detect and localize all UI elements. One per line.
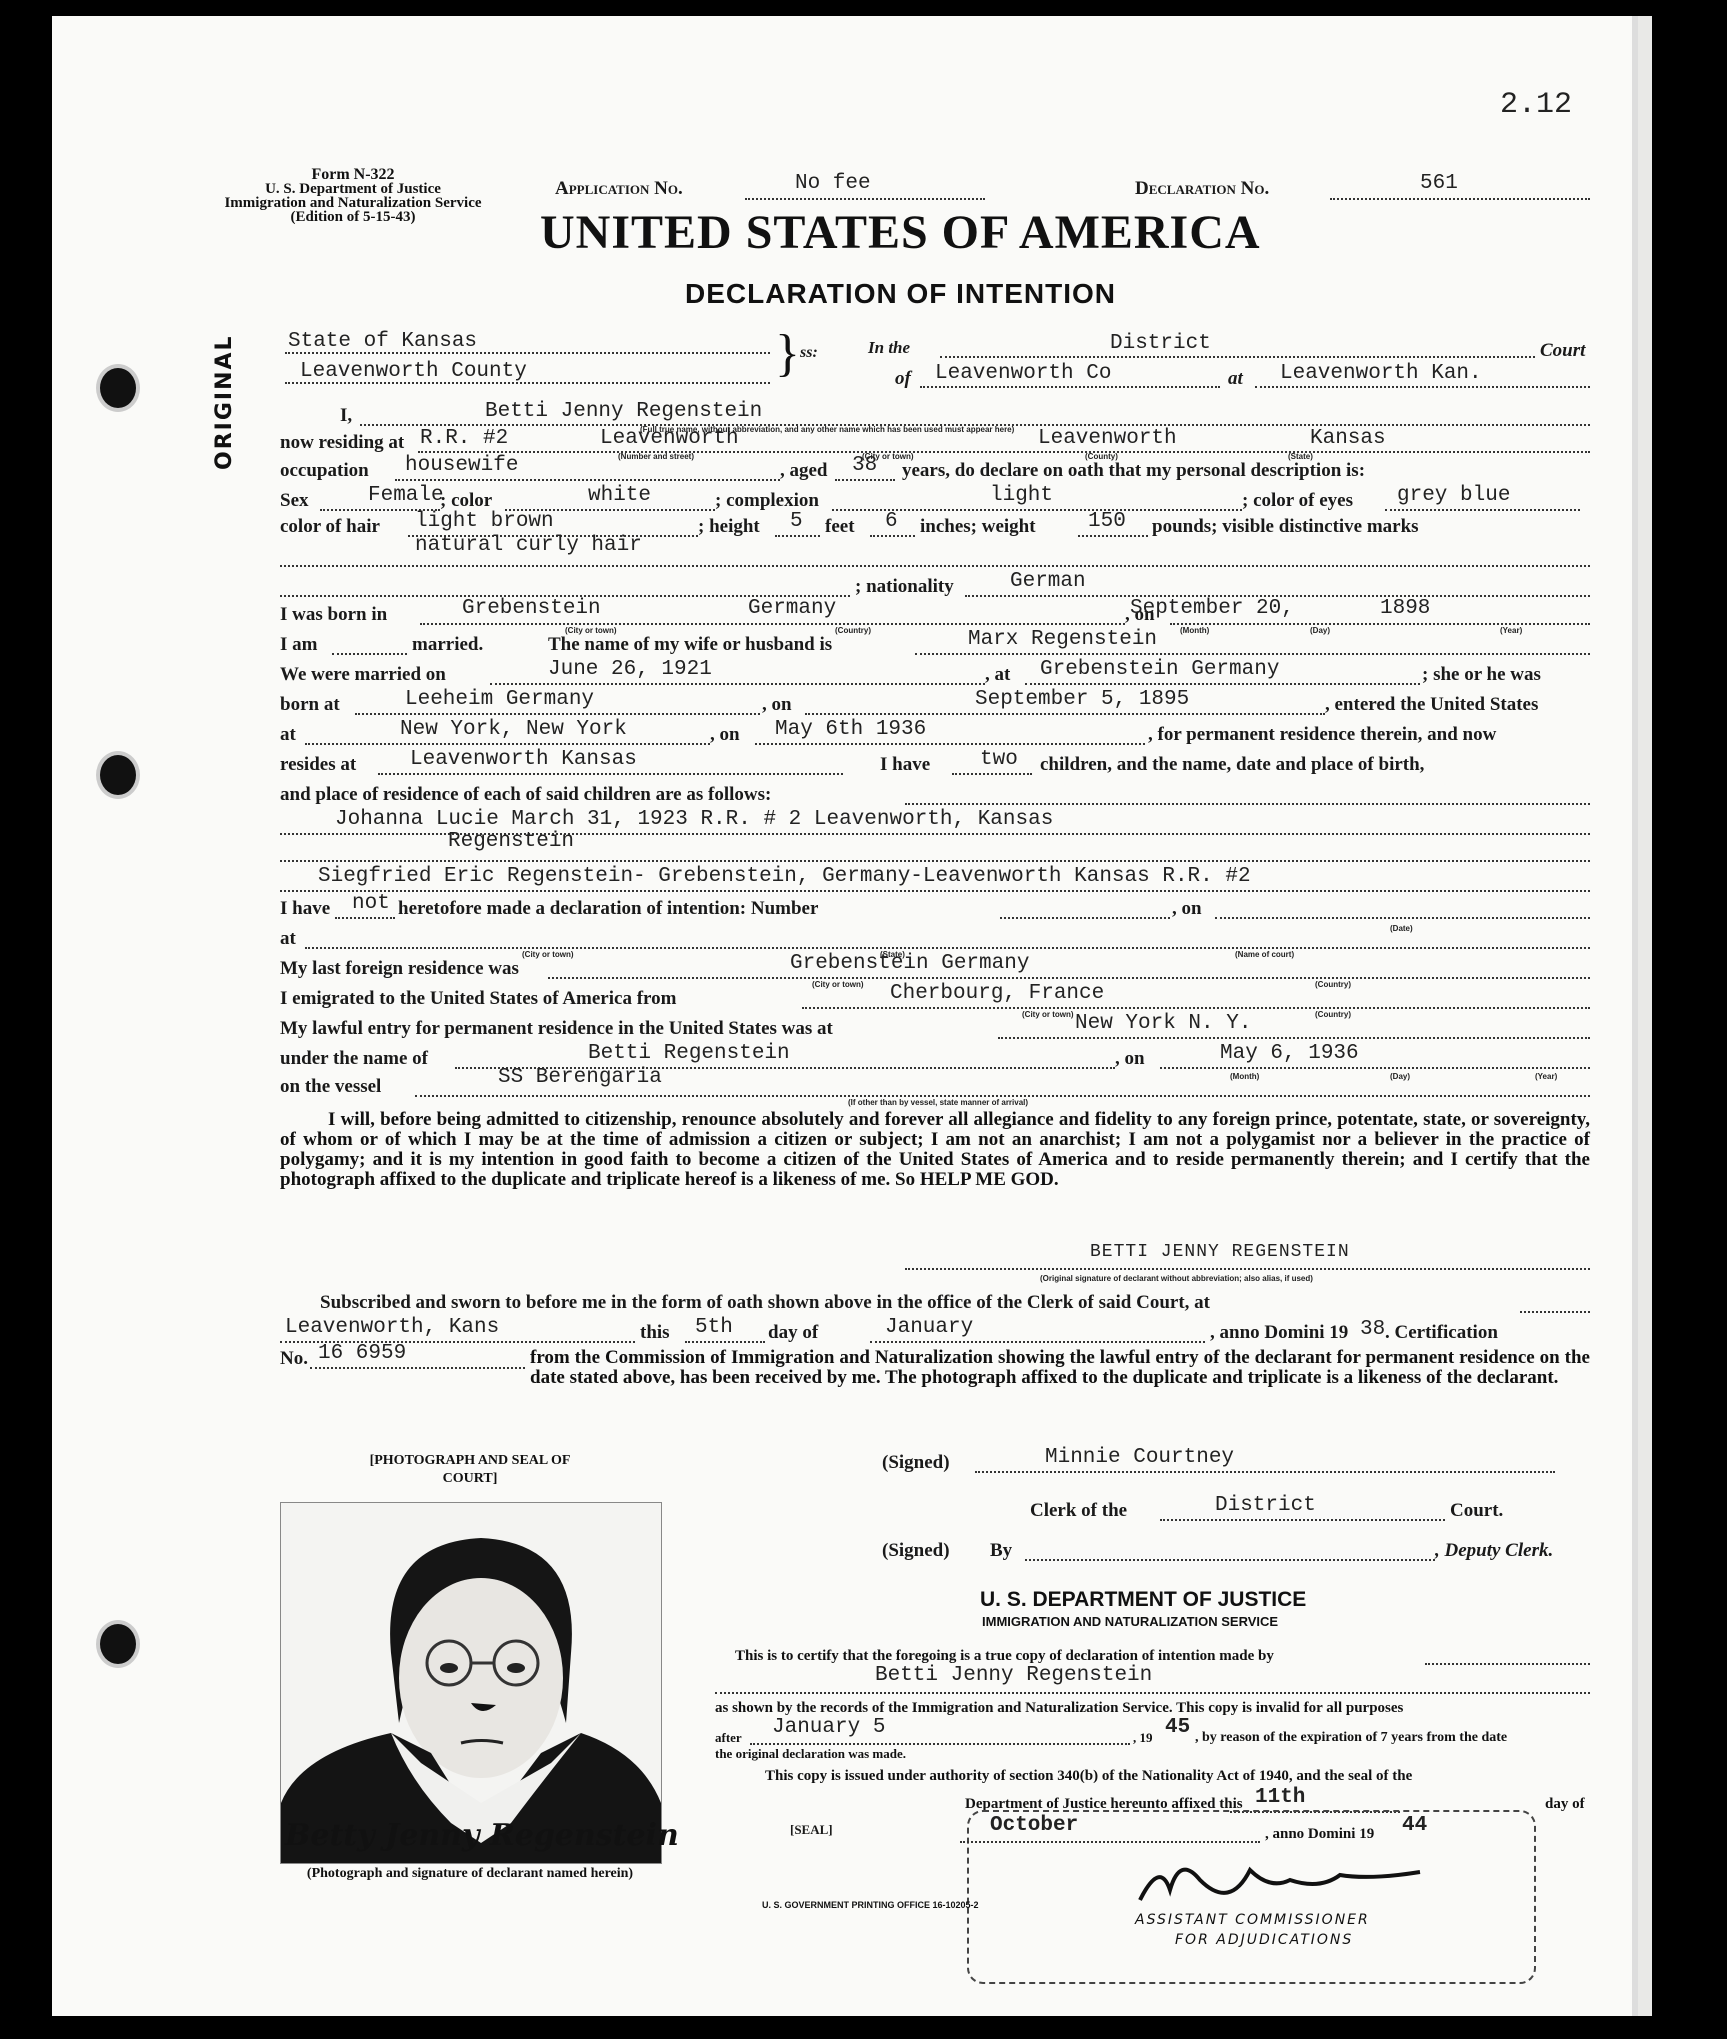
stamp-line-1: ASSISTANT COMMISSIONER [1135, 1912, 1370, 1928]
birth-date: September 20, [1130, 597, 1294, 620]
spouse-birth-date: September 5, 1895 [975, 688, 1189, 711]
last-foreign-residence: Grebenstein Germany [790, 952, 1029, 975]
spouse-entry-date: May 6th 1936 [775, 718, 926, 741]
residence-street: R.R. #2 [420, 427, 508, 450]
document-title: UNITED STATES OF AMERICA [540, 205, 1261, 260]
complexion: light [990, 484, 1053, 507]
residence-city: Leavenworth [600, 427, 739, 450]
vessel-name: SS Berengaria [498, 1066, 662, 1089]
printing-office-note: U. S. GOVERNMENT PRINTING OFFICE 16-1020… [762, 1900, 979, 1910]
distinctive-marks: natural curly hair [415, 534, 642, 557]
sworn-year: 38 [1360, 1318, 1385, 1341]
spouse-residence: Leavenworth Kansas [410, 748, 637, 771]
sworn-place: Leavenworth, Kans [285, 1316, 499, 1339]
punch-hole [100, 368, 136, 408]
children-count: two [980, 748, 1018, 771]
court-of: Leavenworth Co [935, 362, 1111, 385]
child-2: Siegfried Eric Regenstein- Grebenstein, … [318, 865, 1251, 888]
sex: Female [368, 484, 444, 507]
form-header: Form N-322 U. S. Department of Justice I… [188, 168, 518, 224]
certification-number: 16 6959 [318, 1342, 406, 1365]
nationality: German [1010, 570, 1086, 593]
document-subtitle: DECLARATION OF INTENTION [685, 278, 1116, 310]
application-number: No fee [795, 172, 871, 195]
sworn-day: 5th [695, 1316, 733, 1339]
age: 38 [852, 454, 877, 477]
declarant-photograph [280, 1502, 662, 1864]
certification-text: from the Commission of Immigration and N… [530, 1348, 1590, 1388]
occupation: housewife [405, 454, 518, 477]
hair-color: light brown [415, 510, 554, 533]
height-feet: 5 [790, 510, 803, 533]
spouse-birth-place: Leeheim Germany [405, 688, 594, 711]
spouse-name: Marx Regenstein [968, 628, 1157, 651]
entry-date: May 6, 1936 [1220, 1042, 1359, 1065]
residence-county: Leavenworth [1038, 427, 1177, 450]
birth-year: 1898 [1380, 597, 1430, 620]
photo-caption-bottom: (Photograph and signature of declarant n… [305, 1866, 635, 1881]
declarant-signature: BETTI JENNY REGENSTEIN [1090, 1242, 1350, 1262]
entry-name: Betti Regenstein [588, 1042, 790, 1065]
certification-service: IMMIGRATION AND NATURALIZATION SERVICE [982, 1614, 1278, 1629]
spouse-entry-place: New York, New York [400, 718, 627, 741]
clerk-signature: Minnie Courtney [1045, 1446, 1234, 1469]
photo-signature: Betty Jenny Regenstein [285, 1818, 679, 1853]
invalid-after-year: 45 [1165, 1716, 1190, 1739]
entry-place: New York N. Y. [1075, 1012, 1251, 1035]
residence-state: Kansas [1310, 427, 1386, 450]
form-number: Form N-322 [188, 168, 518, 182]
ss-label: ss: [800, 344, 818, 362]
certification-year: 44 [1402, 1814, 1427, 1837]
venue-state: State of Kansas [288, 330, 477, 353]
court-at: Leavenworth Kan. [1280, 362, 1482, 385]
certification-day: 11th [1255, 1786, 1305, 1809]
oath-text: I will, before being admitted to citizen… [280, 1110, 1590, 1190]
child-1-surname: Regenstein [448, 830, 574, 853]
certification-name: Betti Jenny Regenstein [875, 1664, 1152, 1687]
commissioner-signature [1130, 1850, 1430, 1910]
color: white [588, 484, 651, 507]
certification-month: October [990, 1814, 1078, 1837]
court-type: District [1110, 332, 1211, 355]
certification-dept: U. S. DEPARTMENT OF JUSTICE [980, 1588, 1306, 1612]
application-label: Application No. [555, 178, 683, 200]
stamp-line-2: FOR ADJUDICATIONS [1175, 1932, 1353, 1948]
clerk-court: District [1215, 1494, 1316, 1517]
prior-declaration-status: not [352, 892, 390, 915]
declaration-number: 561 [1420, 172, 1458, 195]
birth-country: Germany [748, 597, 836, 620]
child-1: Johanna Lucie March 31, 1923 R.R. # 2 Le… [335, 808, 1053, 831]
form-department: U. S. Department of Justice [188, 182, 518, 196]
venue-county: Leavenworth County [300, 360, 527, 383]
marriage-place: Grebenstein Germany [1040, 658, 1279, 681]
eye-color: grey blue [1397, 484, 1510, 507]
weight: 150 [1088, 510, 1126, 533]
form-edition: (Edition of 5-15-43) [188, 210, 518, 224]
marriage-date: June 26, 1921 [548, 658, 712, 681]
form-service: Immigration and Naturalization Service [188, 196, 518, 210]
seal-label: [SEAL] [790, 1822, 833, 1838]
emigrated-from: Cherbourg, France [890, 982, 1104, 1005]
authority-text: This copy is issued under authority of s… [765, 1768, 1412, 1785]
height-inches: 6 [885, 510, 898, 533]
birth-city: Grebenstein [462, 597, 601, 620]
page-corner-note: 2.12 [1500, 88, 1572, 122]
original-side-label: ORIGINAL [212, 334, 237, 470]
declarant-name: Betti Jenny Regenstein [485, 400, 762, 423]
invalid-after-date: January 5 [772, 1716, 885, 1739]
photo-caption-top: [PHOTOGRAPH AND SEAL OF COURT] [360, 1452, 580, 1488]
punch-hole [100, 755, 136, 795]
sworn-month: January [885, 1316, 973, 1339]
sworn-intro: Subscribed and sworn to before me in the… [320, 1292, 1210, 1314]
punch-hole [100, 1624, 136, 1664]
declaration-label: Declaration No. [1135, 178, 1269, 200]
